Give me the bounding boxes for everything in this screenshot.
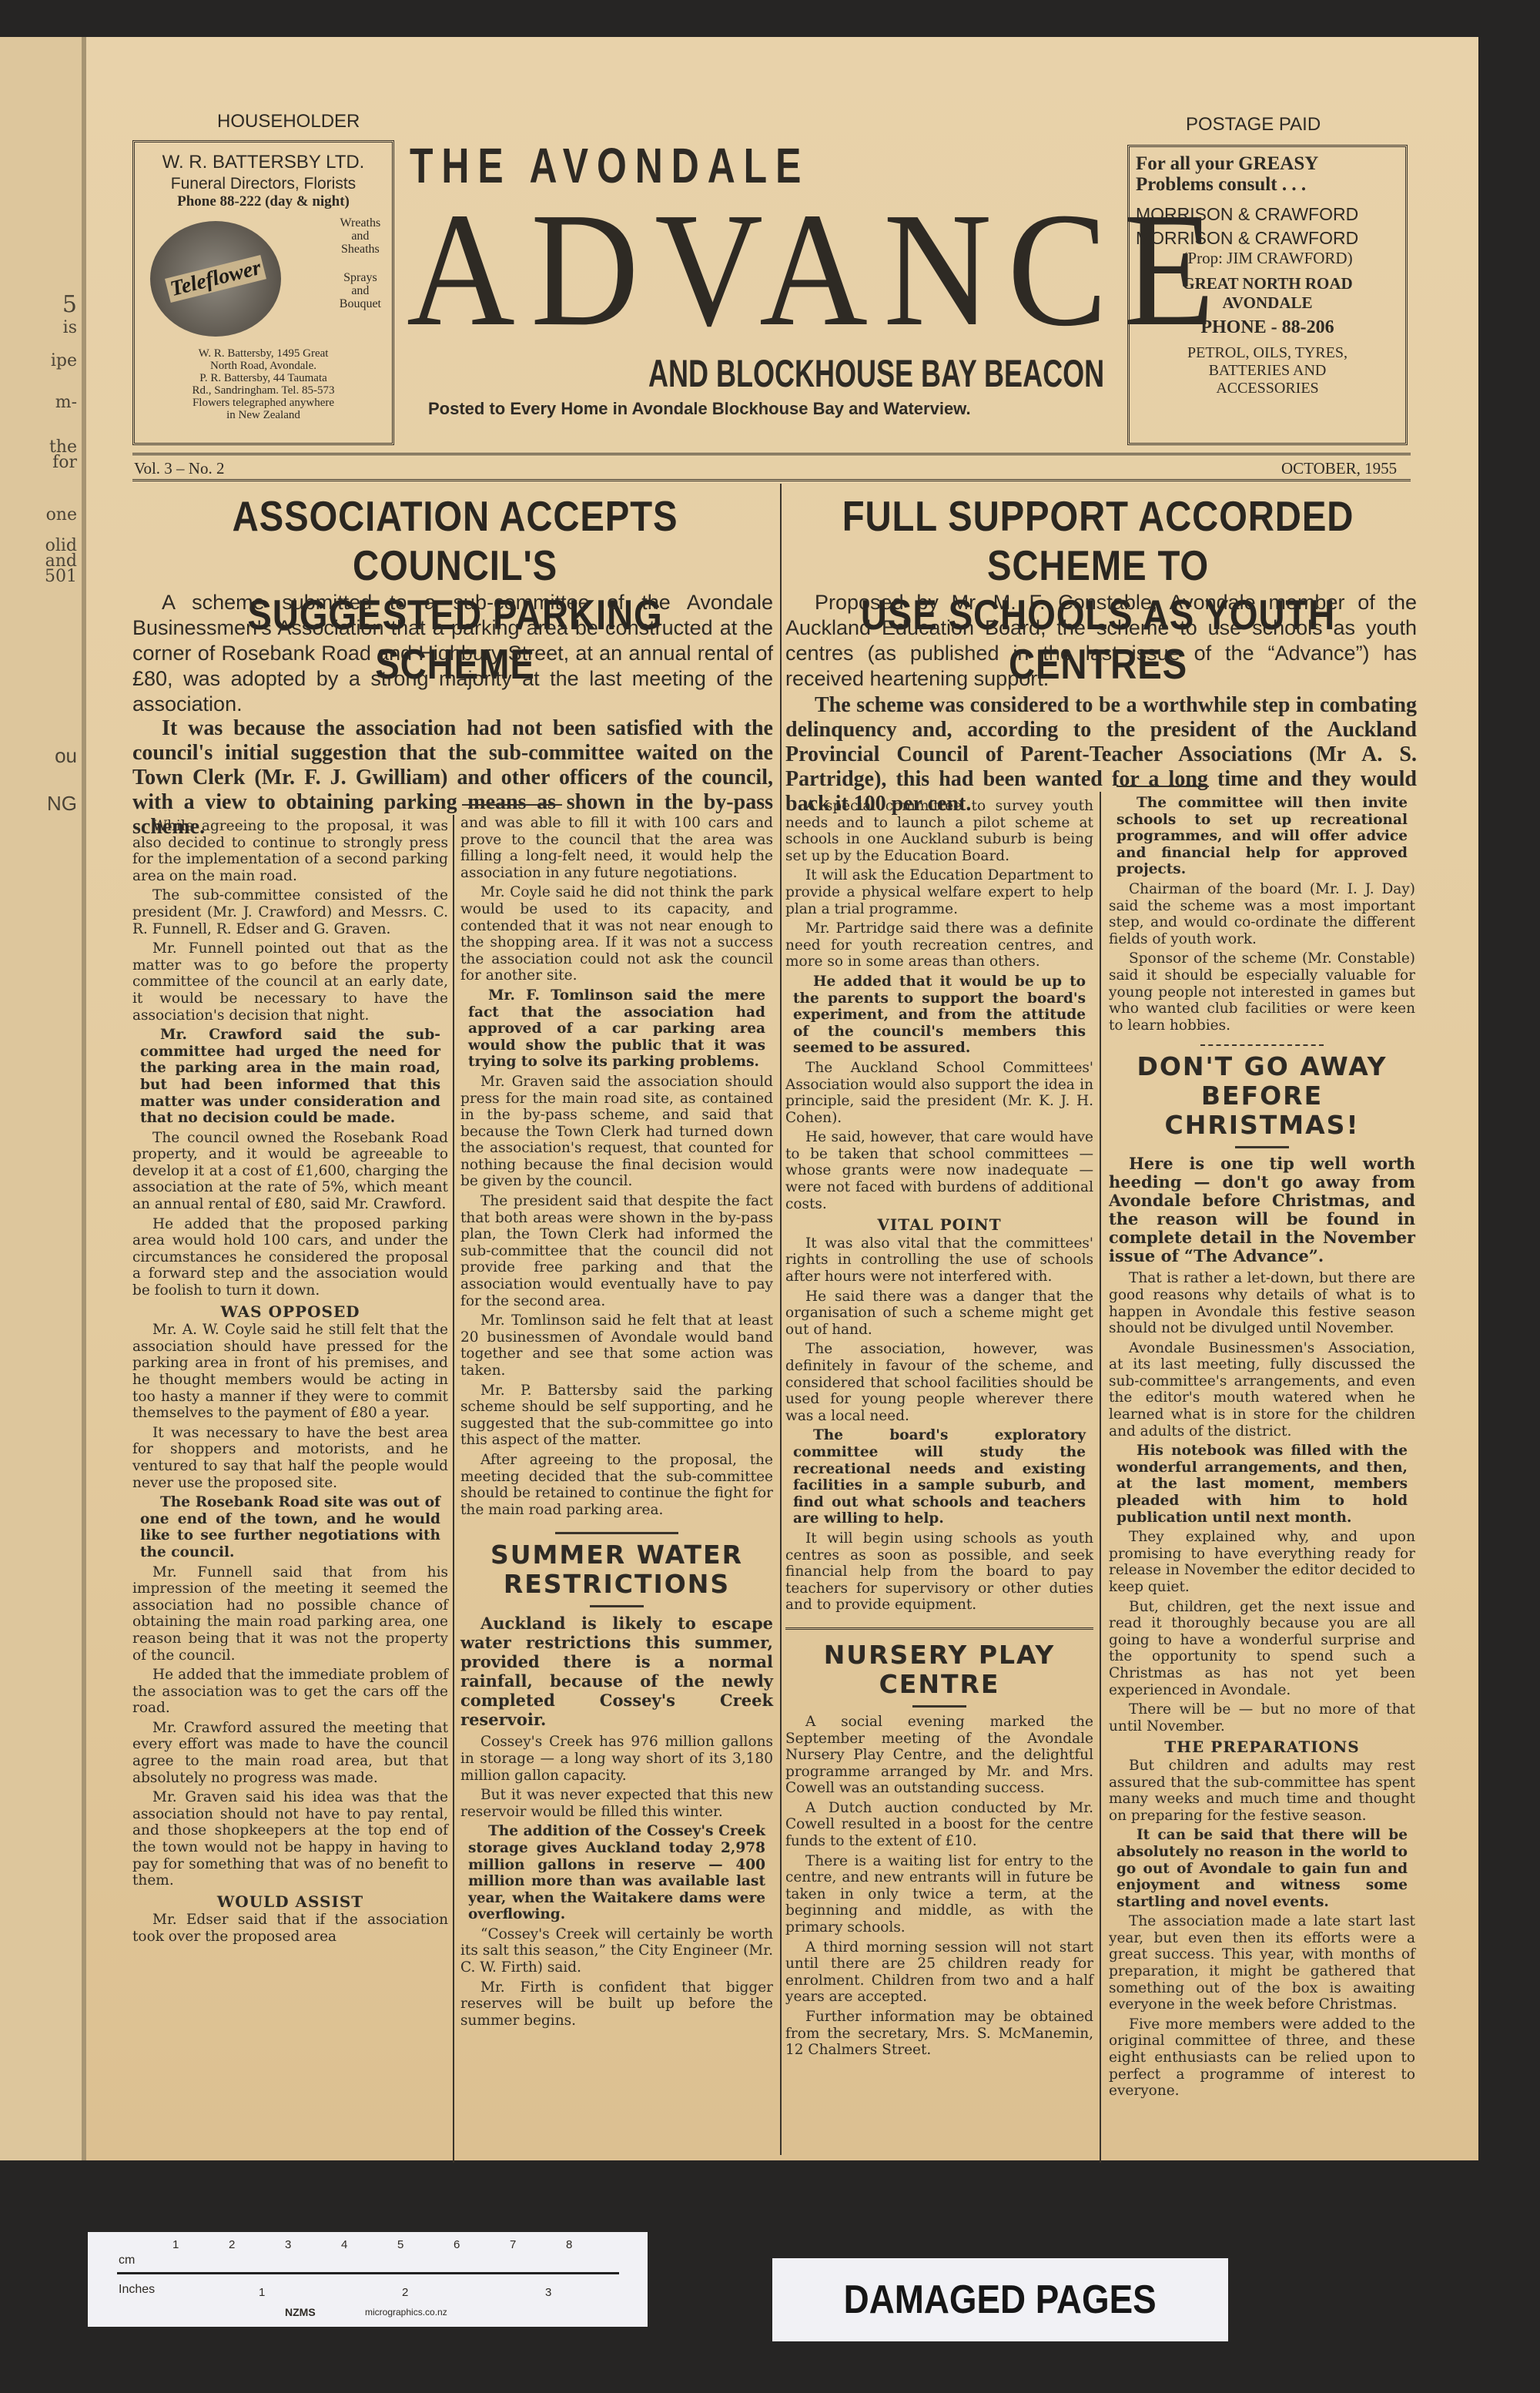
section-rule	[1200, 1044, 1324, 1046]
short-rule	[1235, 1146, 1289, 1148]
adjacent-page-edge: 5 is ipe m- the for one olid and 501 ou …	[0, 37, 86, 2160]
youth-column-3: A special committee to survey youth need…	[785, 798, 1093, 2062]
inch-tick: 2	[402, 2286, 408, 2299]
ad-address: AVONDALE	[1136, 293, 1399, 313]
cm-tick: 2	[229, 2238, 235, 2251]
ad-company-name: W. R. BATTERSBY LTD.	[139, 152, 387, 173]
micrographics-url: micrographics.co.nz	[365, 2307, 447, 2318]
paragraph: It will begin using schools as youth cen…	[785, 1530, 1093, 1614]
paragraph: Mr. Graven said his idea was that the as…	[132, 1789, 448, 1889]
scale-ruler-card: cm Inches 1 2 3 4 5 6 7 8 1 2 3 NZMS mic…	[88, 2232, 648, 2327]
paragraph-bold: Mr. Crawford said the sub-committee had …	[140, 1027, 440, 1127]
paragraph: The Auckland School Committees' Associat…	[785, 1060, 1093, 1126]
ad-item: Bouquet	[340, 297, 381, 310]
fragment-text: NG	[0, 792, 77, 816]
masthead-tagline: Posted to Every Home in Avondale Blockho…	[428, 399, 971, 419]
masthead-title-main: ADVANCE	[407, 188, 1230, 351]
paragraph: Mr. Graven said the association should p…	[460, 1074, 773, 1190]
masthead-rule	[132, 453, 1411, 455]
paragraph: While agreeing to the proposal, it was a…	[132, 818, 448, 884]
ad-item: Sheaths	[340, 243, 381, 256]
youth-column-4: The committee will then invite schools t…	[1109, 795, 1415, 2103]
ad-address-line: W. R. Battersby, 1495 Great	[139, 347, 387, 360]
cm-tick: 8	[566, 2238, 572, 2251]
parking-article-lead: A scheme submitted to a sub-committee of…	[132, 590, 773, 717]
paragraph: But, children, get the next issue and re…	[1109, 1599, 1415, 1699]
ad-line: For all your GREASY	[1136, 153, 1399, 174]
ad-address: GREAT NORTH ROAD	[1136, 274, 1399, 293]
cm-tick: 7	[510, 2238, 516, 2251]
paragraph: A social evening marked the September me…	[785, 1714, 1093, 1797]
cm-tick: 4	[341, 2238, 347, 2251]
paragraph: Avondale Businessmen's Association, at i…	[1109, 1340, 1415, 1440]
paragraph: and was able to fill it with 100 cars an…	[460, 815, 773, 881]
paragraph: Mr. Funnell said that from his impressio…	[132, 1564, 448, 1664]
paragraph: The council owned the Rosebank Road prop…	[132, 1130, 448, 1213]
volume-number: Vol. 3 – No. 2	[134, 459, 224, 478]
parking-column-1: While agreeing to the proposal, it was a…	[132, 818, 448, 1949]
ad-address-line: North Road, Avondale.	[139, 360, 387, 372]
paragraph: Mr. Partridge said there was a definite …	[785, 920, 1093, 970]
column-divider	[1100, 792, 1101, 2163]
paragraph-bold: The addition of the Cossey's Creek stora…	[468, 1823, 765, 1923]
paragraph: He added that the proposed parking area …	[132, 1216, 448, 1299]
paragraph: Chairman of the board (Mr. I. J. Day) sa…	[1109, 881, 1415, 947]
morrison-crawford-advertisement: For all your GREASY Problems consult . .…	[1127, 145, 1408, 445]
paragraph: After agreeing to the proposal, the meet…	[460, 1452, 773, 1518]
paragraph-bold: His notebook was filled with the wonderf…	[1116, 1443, 1408, 1526]
masthead-title-sub: AND BLOCKHOUSE BAY BEACON	[648, 351, 1104, 396]
paragraph-bold: The Rosebank Road site was out of one en…	[140, 1494, 440, 1560]
paragraph: Mr. Coyle said he did not think the park…	[460, 884, 773, 984]
paragraph: The sub-committee consisted of the presi…	[132, 887, 448, 937]
ruler-line	[117, 2272, 619, 2274]
paragraph: A Dutch auction conducted by Mr. Cowell …	[785, 1800, 1093, 1850]
ad-item: Sprays	[340, 271, 381, 284]
ad-business-name: MORRISON & CRAWFORD	[1136, 228, 1399, 249]
paragraph: “Cossey's Creek will certainly be worth …	[460, 1926, 773, 1976]
ad-address-line: Rd., Sandringham. Tel. 85-573	[139, 384, 387, 397]
water-article-headline: SUMMER WATER RESTRICTIONS	[460, 1540, 773, 1599]
newspaper-page: 5 is ipe m- the for one olid and 501 ou …	[0, 37, 1478, 2160]
section-rule	[785, 1627, 1093, 1630]
paragraph: The president said that despite the fact…	[460, 1193, 773, 1309]
ad-item: and	[340, 284, 381, 297]
short-rule	[590, 1605, 644, 1607]
youth-article-lead: Proposed by Mr. M. F. Constable, Avondal…	[785, 590, 1417, 692]
fragment-text: 501	[0, 567, 77, 586]
paragraph: Mr. Crawford assured the meeting that ev…	[132, 1720, 448, 1786]
ad-business-name: MORRISON & CRAWFORD	[1136, 204, 1399, 225]
teleflower-logo: Teleflower	[150, 221, 281, 337]
nzms-brand: NZMS	[285, 2306, 316, 2318]
paragraph: Sponsor of the scheme (Mr. Constable) sa…	[1109, 950, 1415, 1034]
short-rule	[462, 804, 562, 806]
paragraph: He said there was a danger that the orga…	[785, 1289, 1093, 1339]
christmas-article-lead: Here is one tip well worth heeding — don…	[1109, 1155, 1415, 1265]
cm-label: cm	[119, 2254, 135, 2267]
inch-tick: 3	[545, 2286, 551, 2299]
ad-phone: PHONE - 88-206	[1136, 317, 1399, 338]
paragraph: Mr. Firth is confident that bigger reser…	[460, 1979, 773, 2029]
damaged-pages-label: DAMAGED PAGES	[772, 2258, 1228, 2341]
ad-address-line: Flowers telegraphed anywhere	[139, 397, 387, 409]
water-article-lead: Auckland is likely to escape water restr…	[460, 1614, 773, 1729]
fragment-text: 5	[0, 291, 77, 318]
householder-label: HOUSEHOLDER	[217, 111, 360, 132]
issue-date: OCTOBER, 1955	[1281, 459, 1397, 478]
christmas-article-headline: DON'T GO AWAY BEFORE CHRISTMAS!	[1109, 1052, 1415, 1140]
paragraph-bold: The board's exploratory committee will s…	[793, 1427, 1086, 1527]
paragraph: Further information may be obtained from…	[785, 2009, 1093, 2059]
paragraph: They explained why, and upon promising t…	[1109, 1529, 1415, 1595]
fragment-text: m-	[0, 393, 77, 412]
nursery-article-headline: NURSERY PLAY CENTRE	[785, 1641, 1093, 1699]
paragraph: He added that the immediate problem of t…	[132, 1667, 448, 1717]
fragment-text: ipe	[0, 351, 77, 370]
paragraph: But children and adults may rest assured…	[1109, 1758, 1415, 1824]
subheading: VITAL POINT	[785, 1217, 1093, 1234]
section-rule	[555, 1532, 678, 1534]
paragraph: Five more members were added to the orig…	[1109, 2016, 1415, 2100]
ad-products: ACCESSORIES	[1136, 380, 1399, 397]
paragraph: Mr. Tomlinson said he felt that at least…	[460, 1312, 773, 1379]
column-divider	[780, 484, 782, 2155]
ad-item: and	[340, 230, 381, 243]
cm-tick: 3	[285, 2238, 291, 2251]
inch-tick: 1	[259, 2286, 265, 2299]
postage-paid-label: POSTAGE PAID	[1186, 114, 1321, 136]
inches-label: Inches	[119, 2283, 155, 2297]
fragment-text: ou	[0, 744, 77, 768]
ad-products: BATTERIES AND	[1136, 362, 1399, 380]
paragraph-bold: The committee will then invite schools t…	[1116, 795, 1408, 878]
paragraph-bold: It can be said that there will be absolu…	[1116, 1827, 1408, 1910]
paragraph: Mr. P. Battersby said the parking scheme…	[460, 1383, 773, 1449]
column-divider	[453, 815, 454, 2163]
paragraph: That is rather a let-down, but there are…	[1109, 1270, 1415, 1336]
ad-address-line: in New Zealand	[139, 409, 387, 421]
paragraph: It was necessary to have the best area f…	[132, 1425, 448, 1491]
paragraph: There is a waiting list for entry to the…	[785, 1853, 1093, 1936]
ad-proprietor: (Prop: JIM CRAWFORD)	[1136, 249, 1399, 268]
paragraph-bold: Mr. F. Tomlinson said the mere fact that…	[468, 987, 765, 1071]
ad-phone: Phone 88-222 (day & night)	[139, 193, 387, 210]
battersby-advertisement: W. R. BATTERSBY LTD. Funeral Directors, …	[132, 140, 394, 445]
fragment-text: for	[0, 453, 77, 472]
cm-tick: 1	[172, 2238, 179, 2251]
paragraph: But it was never expected that this new …	[460, 1787, 773, 1820]
ad-item: Wreaths	[340, 216, 381, 230]
paragraph: It will ask the Education Department to …	[785, 867, 1093, 917]
cm-tick: 6	[454, 2238, 460, 2251]
parking-column-2: and was able to fill it with 100 cars an…	[460, 815, 773, 2032]
paragraph: Cossey's Creek has 976 million gallons i…	[460, 1734, 773, 1784]
subheading: WOULD ASSIST	[132, 1894, 448, 1911]
paragraph: The association, however, was definitely…	[785, 1341, 1093, 1424]
paragraph: Mr. Edser said that if the association t…	[132, 1912, 448, 1945]
ad-line: Problems consult . . .	[1136, 174, 1399, 195]
paragraph: A third morning session will not start u…	[785, 1939, 1093, 2006]
subheading: WAS OPPOSED	[132, 1304, 448, 1321]
fragment-text: is	[0, 318, 77, 337]
paragraph: Mr. A. W. Coyle said he still felt that …	[132, 1322, 448, 1422]
fragment-text: one	[0, 505, 77, 525]
paragraph-bold: He added that it would be up to the pare…	[793, 974, 1086, 1057]
ad-products: PETROL, OILS, TYRES,	[1136, 344, 1399, 362]
short-rule	[1116, 786, 1209, 787]
short-rule	[912, 1705, 966, 1708]
paragraph: There will be — but no more of that unti…	[1109, 1701, 1415, 1734]
paragraph: The association made a late start last y…	[1109, 1913, 1415, 2013]
ad-services: Funeral Directors, Florists	[139, 175, 387, 193]
paragraph: A special committee to survey youth need…	[785, 798, 1093, 864]
cm-tick: 5	[397, 2238, 403, 2251]
paragraph: Mr. Funnell pointed out that as the matt…	[132, 940, 448, 1024]
subheading: THE PREPARATIONS	[1109, 1739, 1415, 1756]
dateline-rule	[132, 479, 1411, 481]
ad-address-line: P. R. Battersby, 44 Taumata	[139, 372, 387, 384]
paragraph: He said, however, that care would have t…	[785, 1129, 1093, 1212]
paragraph: It was also vital that the committees' r…	[785, 1235, 1093, 1285]
